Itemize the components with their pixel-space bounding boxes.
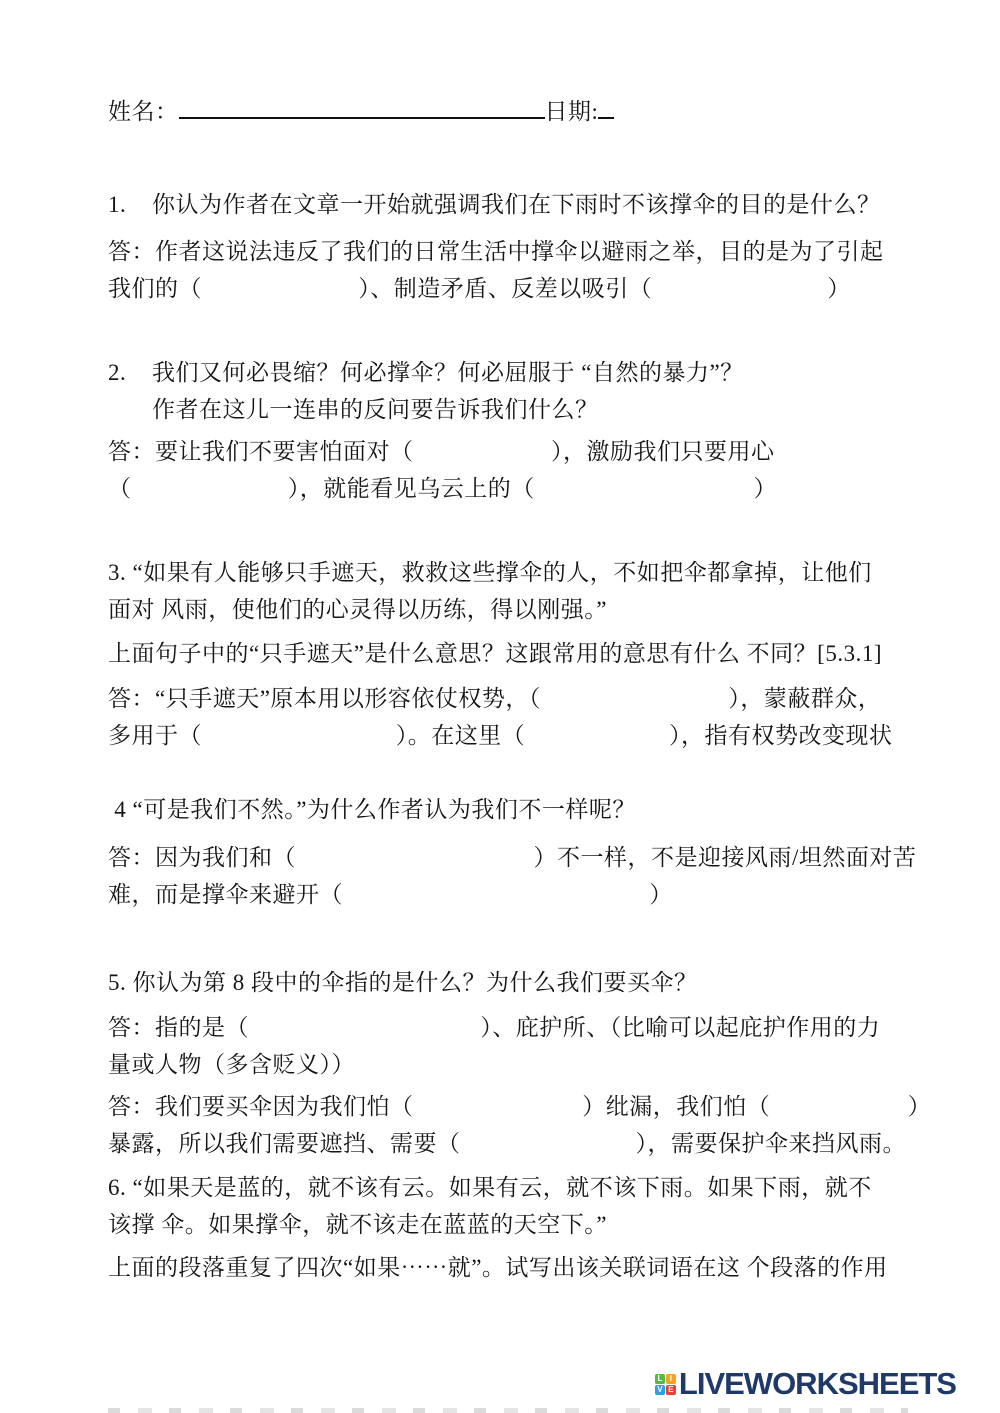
question-2-text-line-2: 作者在这儿一连串的反问要告诉我们什么？ <box>108 391 960 428</box>
logo-tile-i: I <box>666 1374 676 1384</box>
answer-1-line-1: 答：作者这说法违反了我们的日常生活中撑伞以避雨之举，目的是为了引起 <box>108 233 960 270</box>
liveworksheets-wordmark: LIVEWORKSHEETS <box>679 1366 956 1402</box>
question-5: 5. 你认为第 8 段中的伞指的是什么？为什么我们要买伞？ <box>108 964 960 1001</box>
answer-5b-line-1: 答：我们要买伞因为我们怕（ ）纰漏，我们怕（ ） <box>108 1088 960 1125</box>
question-2: 2.我们又何必畏缩？何必撑伞？何必屈服于 “自然的暴力”？ <box>108 354 960 391</box>
answer-3-line-1: 答：“只手遮天”原本用以形容依仗权势，（ ），蒙蔽群众， <box>108 680 960 717</box>
liveworksheets-logo[interactable]: L I V E LIVEWORKSHEETS <box>655 1366 956 1402</box>
question-3-quote-line-1: 3. “如果有人能够只手遮天，救救这些撑伞的人，不如把伞都拿掉，让他们 <box>108 554 960 591</box>
answer-2-line-2: （ ），就能看见乌云上的（ ） <box>108 470 960 507</box>
answer-1-line-2: 我们的（ ）、制造矛盾、反差以吸引（ ） <box>108 270 960 307</box>
question-3-quote-line-2: 面对 风雨，使他们的心灵得以历练，得以刚强。” <box>108 591 960 628</box>
answer-5a-line-2: 量或人物（多含贬义）） <box>108 1046 960 1083</box>
logo-tile-e: E <box>666 1385 676 1395</box>
worksheet-page: 姓名：日期: 1.你认为作者在文章一开始就强调我们在下雨时不该撑伞的目的是什么？… <box>0 0 1000 1413</box>
name-input-line[interactable] <box>179 93 545 119</box>
date-input-line[interactable] <box>598 93 614 119</box>
question-1: 1.你认为作者在文章一开始就强调我们在下雨时不该撑伞的目的是什么？ <box>108 186 960 223</box>
question-1-number: 1. <box>108 186 152 223</box>
worksheet-content: 姓名：日期: 1.你认为作者在文章一开始就强调我们在下雨时不该撑伞的目的是什么？… <box>0 0 1000 1286</box>
date-label: 日期: <box>545 99 599 124</box>
question-6-quote-line-1: 6. “如果天是蓝的，就不该有云。如果有云，就不该下雨。如果下雨，就不 <box>108 1169 960 1206</box>
logo-tile-v: V <box>655 1385 665 1395</box>
answer-4-line-1: 答：因为我们和（ ）不一样，不是迎接风雨/坦然面对苦 <box>108 839 960 876</box>
question-4: 4 “可是我们不然。”为什么作者认为我们不一样呢？ <box>108 791 960 828</box>
name-label: 姓名： <box>108 99 179 124</box>
question-3-prompt: 上面句子中的“只手遮天”是什么意思？这跟常用的意思有什么 不同？[5.3.1] <box>108 635 960 672</box>
answer-2-line-1: 答：要让我们不要害怕面对（ ），激励我们只要用心 <box>108 433 960 470</box>
question-6-quote-line-2: 该撑 伞。如果撑伞，就不该走在蓝蓝的天空下。” <box>108 1206 960 1243</box>
answer-5b-line-2: 暴露，所以我们需要遮挡、需要（ ），需要保护伞来挡风雨。 <box>108 1125 960 1162</box>
liveworksheets-icon: L I V E <box>655 1374 676 1395</box>
answer-3-line-2: 多用于（ ）。在这里（ ），指有权势改变现状 <box>108 717 960 754</box>
logo-tile-l: L <box>655 1374 665 1384</box>
question-1-text: 你认为作者在文章一开始就强调我们在下雨时不该撑伞的目的是什么？ <box>152 192 881 217</box>
header-row: 姓名：日期: <box>108 93 960 130</box>
answer-4-line-2: 难，而是撑伞来避开（ ） <box>108 876 960 913</box>
next-line-cutoff-remnant <box>108 1408 908 1413</box>
answer-5a-line-1: 答：指的是（ ）、庇护所、（比喻可以起庇护作用的力 <box>108 1009 960 1046</box>
question-2-text-line-1: 我们又何必畏缩？何必撑伞？何必屈服于 “自然的暴力”？ <box>152 360 744 385</box>
question-2-number: 2. <box>108 354 152 391</box>
question-6-prompt: 上面的段落重复了四次“如果⋯⋯就”。试写出该关联词语在这 个段落的作用 <box>108 1249 960 1286</box>
